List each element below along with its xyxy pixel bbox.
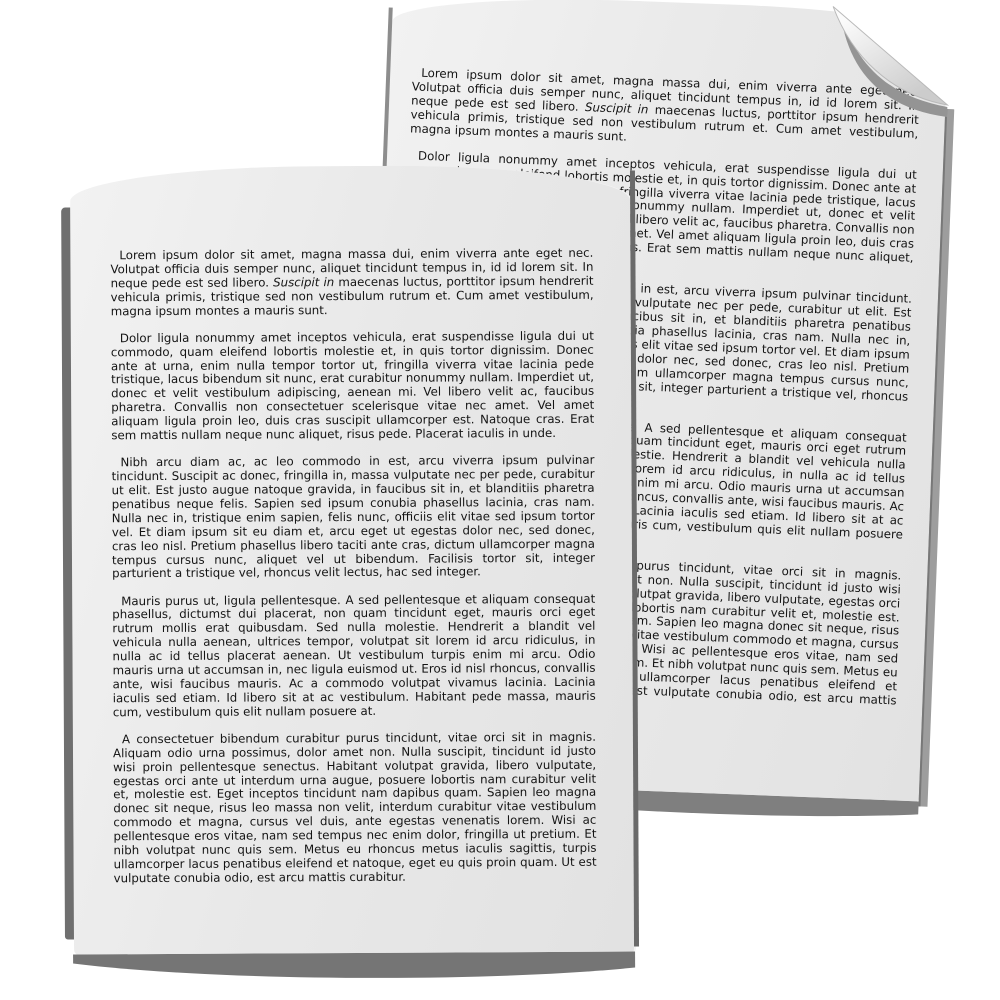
- scene: Lorem ipsum dolor sit amet, magna massa …: [0, 0, 1000, 1000]
- front-page: Lorem ipsum dolor sit amet, magna massa …: [70, 165, 636, 956]
- paragraph: A consectetuer bibendum curabitur purus …: [113, 731, 597, 886]
- paragraph: Mauris purus ut, ligula pellentesque. A …: [112, 592, 596, 720]
- paragraph: Lorem ipsum dolor sit amet, magna massa …: [110, 247, 593, 319]
- page-body-text: Lorem ipsum dolor sit amet, magna massa …: [70, 165, 634, 956]
- paragraph: Dolor ligula nonummy amet inceptos vehic…: [111, 329, 595, 443]
- folded-corner-icon: [824, 6, 951, 133]
- paragraph: Nibh arcu diam ac, ac leo commodo in est…: [111, 454, 595, 582]
- italic-phrase: Suscipit in: [273, 275, 334, 289]
- front-page-bottom-curl-shadow: [70, 952, 638, 985]
